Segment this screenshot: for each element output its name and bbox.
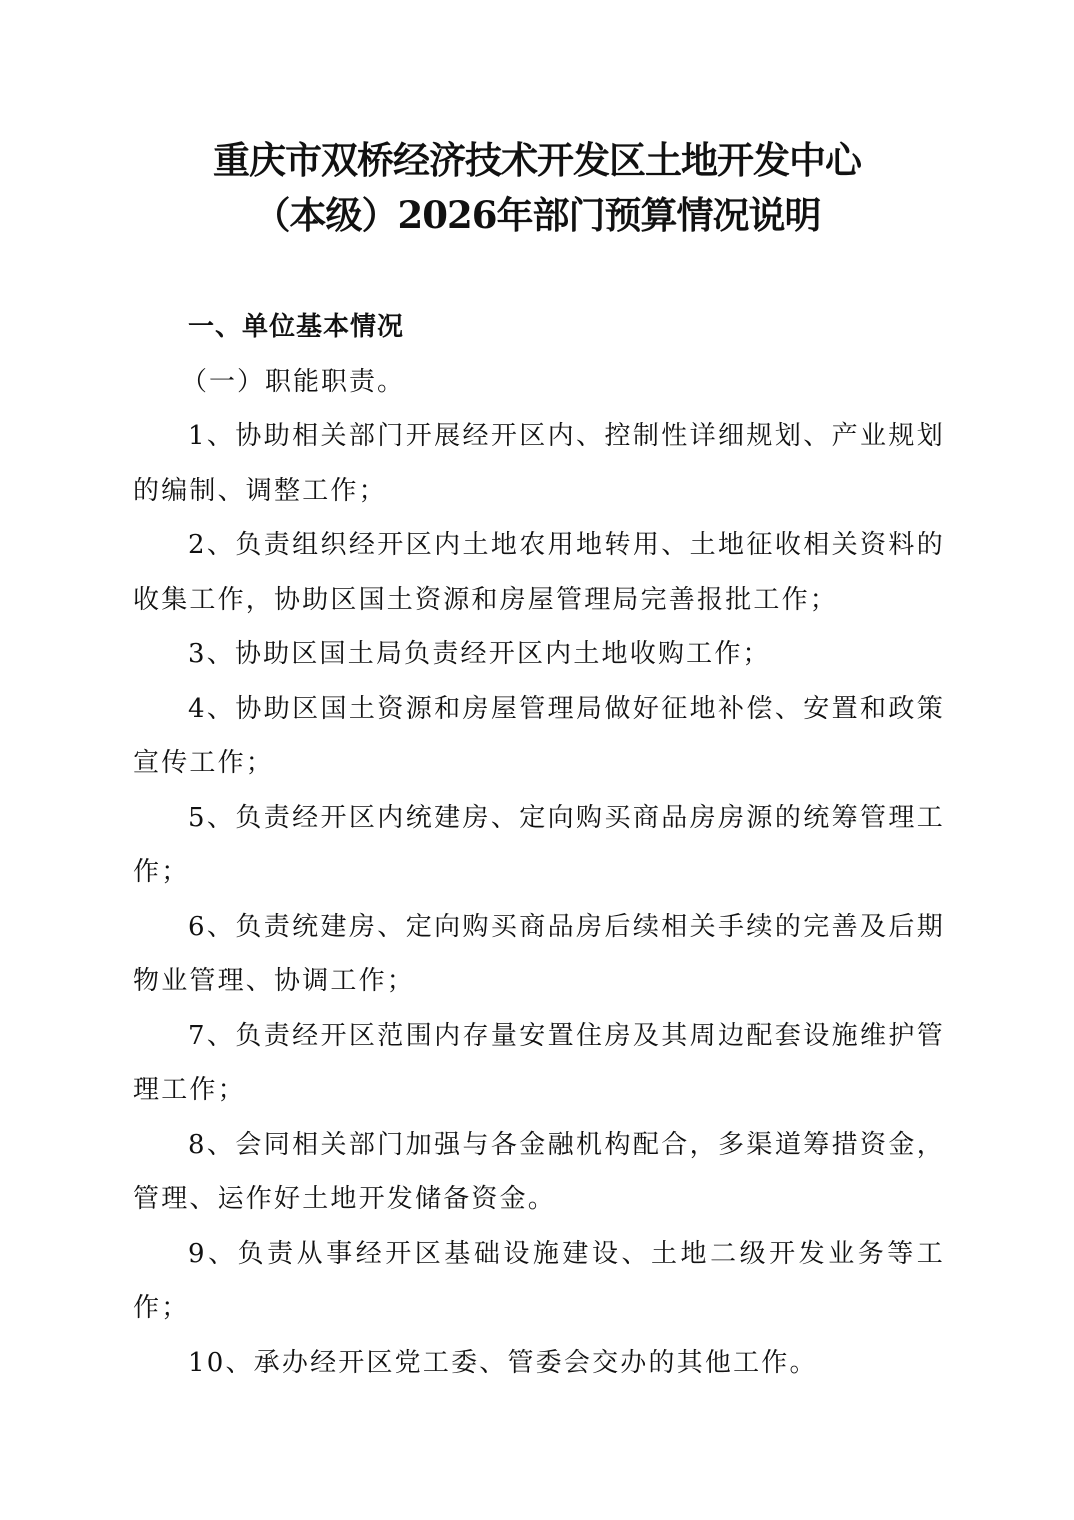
duty-item-5: 5、负责经开区内统建房、定向购买商品房房源的统筹管理工作；: [133, 791, 945, 900]
duty-item-3: 3、协助区国土局负责经开区内土地收购工作；: [133, 627, 945, 682]
title-line-1: 重庆市双桥经济技术开发区土地开发中心: [0, 133, 1074, 188]
document-body: 一、单位基本情况 （一）职能职责。 1、协助相关部门开展经开区内、控制性详细规划…: [133, 300, 945, 1390]
duty-item-8: 8、会同相关部门加强与各金融机构配合，多渠道筹措资金，管理、运作好土地开发储备资…: [133, 1118, 945, 1227]
document-page: 重庆市双桥经济技术开发区土地开发中心 （本级）2026年部门预算情况说明 一、单…: [0, 0, 1074, 1520]
subsection-heading-duties: （一）职能职责。: [133, 355, 945, 410]
duty-item-4: 4、协助区国土资源和房屋管理局做好征地补偿、安置和政策宣传工作；: [133, 682, 945, 791]
duty-item-10: 10、承办经开区党工委、管委会交办的其他工作。: [133, 1336, 945, 1391]
duty-item-2: 2、负责组织经开区内土地农用地转用、土地征收相关资料的收集工作，协助区国土资源和…: [133, 518, 945, 627]
title-line-2: （本级）2026年部门预算情况说明: [0, 188, 1074, 243]
document-title: 重庆市双桥经济技术开发区土地开发中心 （本级）2026年部门预算情况说明: [0, 133, 1074, 243]
duty-item-7: 7、负责经开区范围内存量安置住房及其周边配套设施维护管理工作；: [133, 1009, 945, 1118]
section-heading-basic-info: 一、单位基本情况: [133, 300, 945, 355]
duty-item-9: 9、负责从事经开区基础设施建设、土地二级开发业务等工作；: [133, 1227, 945, 1336]
duty-item-6: 6、负责统建房、定向购买商品房后续相关手续的完善及后期物业管理、协调工作；: [133, 900, 945, 1009]
duty-item-1: 1、协助相关部门开展经开区内、控制性详细规划、产业规划的编制、调整工作；: [133, 409, 945, 518]
